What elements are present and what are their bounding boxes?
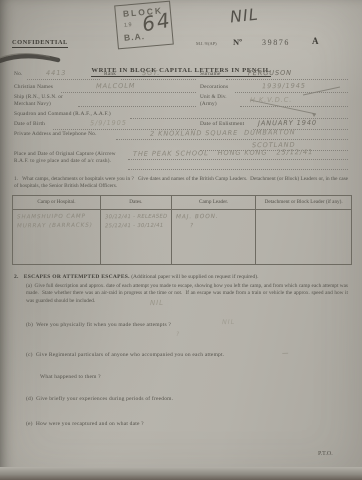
stamp-handwritten-number: 64 — [140, 8, 173, 37]
field-unit-label: Unit & Div. (Army) — [200, 94, 238, 108]
table-header-camp: Camp or Hospital. — [13, 196, 101, 210]
field-no-rule — [27, 78, 100, 80]
field-enlistment-label: Date of Enlistment — [200, 121, 244, 127]
stamp-line3: B.A. — [124, 31, 146, 43]
form-heading: WRITE IN BLOCK CAPITAL LETTERS IN PENCIL — [91, 67, 270, 77]
scan-bottom-edge — [0, 467, 362, 480]
question-c2-text: What happened to them ? — [40, 374, 101, 380]
table-row — [260, 213, 347, 214]
confidential-label: CONFIDENTIAL — [12, 39, 68, 48]
table-col-dates: 30/12/41 - RELEASED 25/12/41 - 30/12/41 — [101, 210, 172, 264]
table-row — [260, 216, 347, 217]
table-row: SHAMSHUIPO CAMP — [17, 213, 96, 220]
form-number-symbol: Nº — [233, 37, 242, 47]
field-no-value: 4413 — [46, 69, 66, 77]
field-address-label: Private Address and Telephone No. — [14, 131, 97, 137]
field-christian-names-label: Christian Names — [14, 84, 53, 90]
series-letter: A — [312, 36, 319, 46]
field-ship-label: Ship (R.N., U.S.N. or Merchant Navy) — [14, 94, 74, 108]
field-rank-value: SGT. — [142, 69, 160, 77]
table-col-leader: MAJ. BOON. ? — [172, 210, 257, 264]
question-b-text: (b) Were you physically fit when you mad… — [26, 322, 171, 328]
field-capture-label: Place and Date of Original Capture (Airc… — [14, 151, 126, 165]
form-number: 39876 — [262, 38, 290, 47]
answer-b-nil: NIL — [222, 318, 235, 326]
field-dob-value: 5/9/1905 — [90, 119, 127, 127]
stamp-line2: 1.9 — [124, 22, 132, 29]
question-a-text: (a) Give full description and approx. da… — [26, 283, 348, 305]
section2-title-row: 2. ESCAPES OR ATTEMPTED ESCAPES. (Additi… — [14, 274, 348, 280]
field-rank-label: Rank — [104, 71, 116, 77]
table-row: 25/12/41 - 30/12/41 — [105, 222, 167, 229]
section2-title: 2. ESCAPES OR ATTEMPTED ESCAPES. — [14, 274, 130, 280]
field-rank-rule — [121, 78, 196, 80]
question1-text: 1. What camps, detachments or hospitals … — [14, 176, 348, 191]
answer-c-dash: — — [282, 349, 289, 357]
section2-title-note: (Additional paper will be supplied on re… — [131, 274, 258, 280]
field-surname-label: Surname — [200, 71, 221, 77]
field-christian-names-rule — [61, 91, 196, 93]
table-row: 30/12/41 - RELEASED — [105, 213, 167, 220]
question-e-text: (e) How were you recaptured and on what … — [26, 421, 144, 427]
field-surname-rule — [226, 78, 348, 80]
pto-label: P.T.O. — [318, 451, 333, 457]
field-address-value: 2 KNOXLAND SQUARE DUMBARTON — [150, 128, 296, 138]
field-capture-rule2 — [128, 168, 348, 170]
answer-a-nil: NIL — [150, 299, 164, 307]
table-header-leader: Camp Leader. — [172, 196, 257, 210]
field-capture-value: THE PEAK SCHOOL HONG KONG 25/12/41 — [133, 148, 313, 158]
field-address-rule1 — [116, 138, 348, 140]
field-christian-names-value: MALCOLM — [96, 82, 135, 90]
table-row: MAJ. BOON. — [176, 213, 252, 220]
table-header-detachment: Detachment or Block Leader (if any). — [256, 196, 351, 210]
field-unit-value: H.K.V.D.C. — [250, 96, 292, 104]
form-ref: M.I. 9/(AP) — [196, 41, 217, 46]
field-decorations-rule — [235, 91, 348, 93]
field-surname-value: FERGUSON — [248, 69, 292, 77]
question-d-text: (d) Give briefly your experiences during… — [26, 396, 173, 402]
field-dob-label: Date of Birth — [14, 121, 45, 127]
table-col-detachment — [256, 210, 351, 264]
field-no-label: No. — [14, 71, 23, 77]
field-decorations-value: 1939/1945 — [262, 82, 306, 90]
field-ship-rule — [78, 105, 196, 107]
question-c-text: (c) Give Regimental particulars of anyon… — [26, 352, 224, 358]
table-col-camp: SHAMSHUIPO CAMP MURRAY (BARRACKS) — [13, 210, 101, 264]
scanned-pow-questionnaire-form: CONFIDENTIAL BLOCK 1.9 B.A. 64 NIL M.I. … — [0, 0, 362, 480]
field-unit-rule — [240, 105, 348, 107]
table-row: ? — [176, 222, 252, 229]
field-capture-rule1 — [128, 158, 348, 160]
field-decorations-label: Decorations — [200, 84, 228, 90]
table-row: MURRAY (BARRACKS) — [17, 222, 96, 229]
table-header-dates: Dates. — [101, 196, 172, 210]
field-squadron-label: Squadron and Command (R.A.F., A.A.F.) — [14, 111, 111, 117]
answer-b-mark: ? — [176, 331, 180, 338]
camps-table: Camp or Hospital. Dates. Camp Leader. De… — [12, 195, 352, 265]
nil-annotation-top: NIL — [229, 5, 259, 27]
field-enlistment-value: JANUARY 1940 — [258, 119, 317, 128]
